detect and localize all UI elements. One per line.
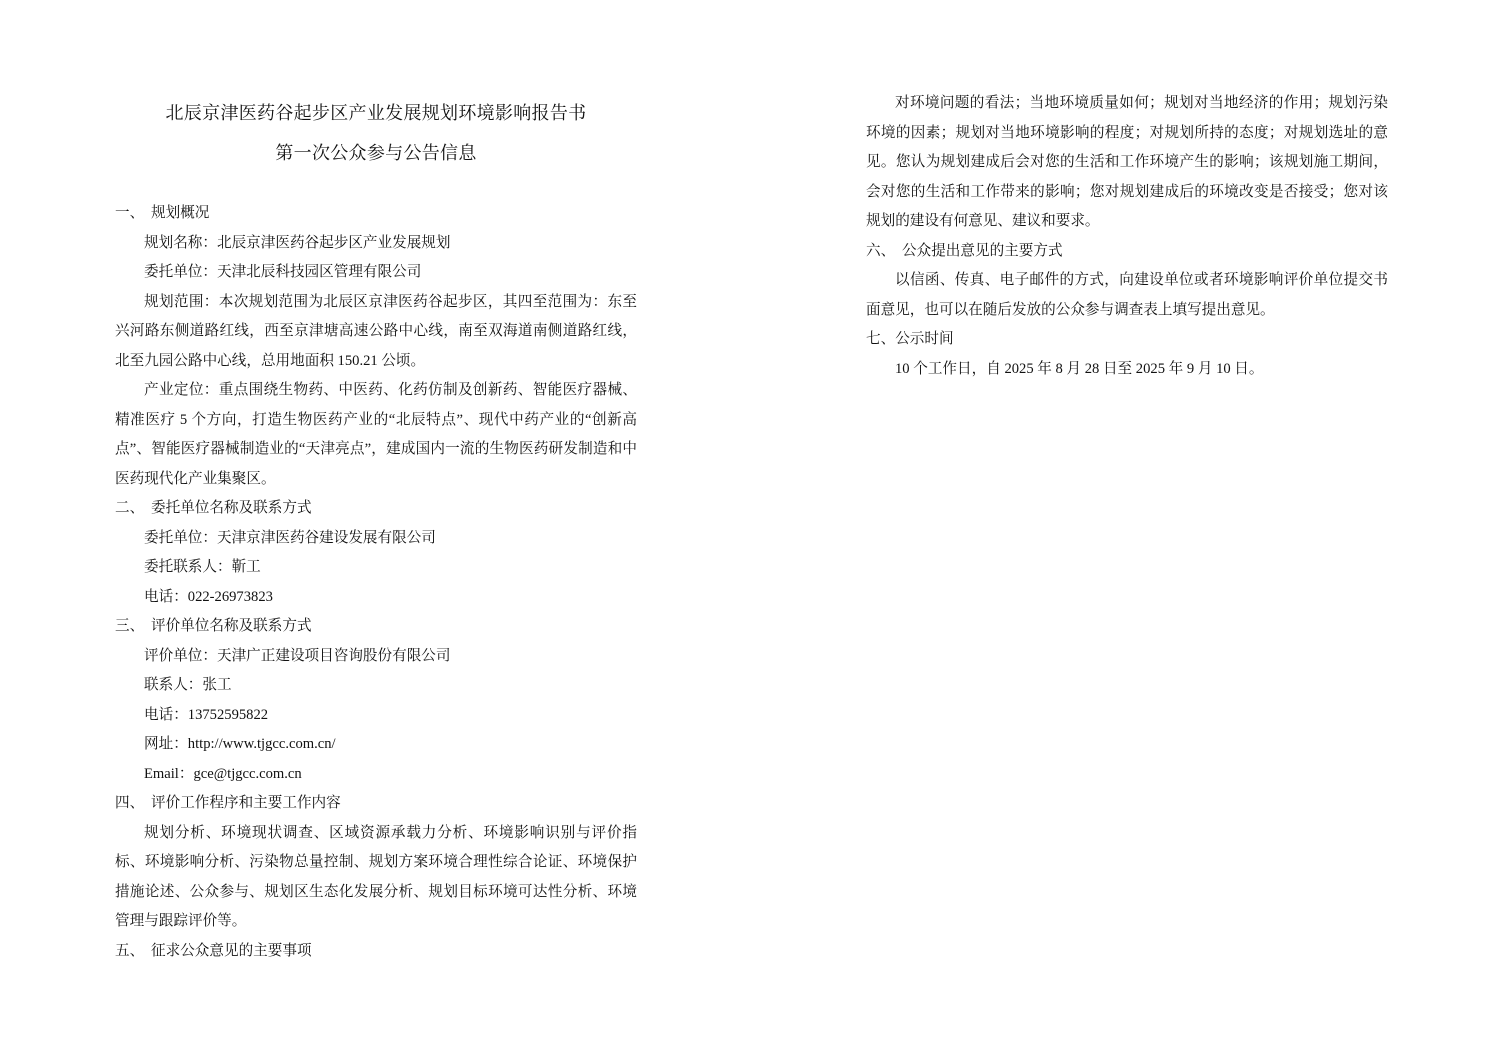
section-heading-4: 四、评价工作程序和主要工作内容: [115, 789, 637, 819]
evaluator-website: 网址：http://www.tjgcc.com.cn/: [115, 730, 637, 760]
section-title: 评价工作程序和主要工作内容: [151, 795, 341, 811]
section-title: 公众提出意见的主要方式: [902, 243, 1063, 259]
section-number: 五、: [115, 937, 151, 967]
section-title: 委托单位名称及联系方式: [151, 500, 312, 516]
announcement-period: 10 个工作日，自 2025 年 8 月 28 日至 2025 年 9 月 10…: [866, 355, 1388, 385]
client-phone: 电话：022-26973823: [115, 583, 637, 613]
left-page-content: 一、规划概况 规划名称：北辰京津医药谷起步区产业发展规划 委托单位：天津北辰科技…: [115, 199, 637, 966]
section-heading-2: 二、委托单位名称及联系方式: [115, 494, 637, 524]
section-heading-3: 三、评价单位名称及联系方式: [115, 612, 637, 642]
section-number: 二、: [115, 494, 151, 524]
section-number: 四、: [115, 789, 151, 819]
plan-scope: 规划范围：本次规划范围为北辰区京津医药谷起步区，其四至范围为：东至兴河路东侧道路…: [115, 288, 637, 377]
section-number: 三、: [115, 612, 151, 642]
client-contact: 委托联系人：靳工: [115, 553, 637, 583]
plan-name: 规划名称：北辰京津医药谷起步区产业发展规划: [115, 229, 637, 259]
plan-client: 委托单位：天津北辰科技园区管理有限公司: [115, 258, 637, 288]
feedback-methods: 以信函、传真、电子邮件的方式，向建设单位或者环境影响评价单位提交书面意见，也可以…: [866, 266, 1388, 325]
evaluator-phone: 电话：13752595822: [115, 701, 637, 731]
public-opinion-matters: 对环境问题的看法；当地环境质量如何；规划对当地经济的作用；规划污染环境的因素；规…: [866, 89, 1388, 237]
section-heading-1: 一、规划概况: [115, 199, 637, 229]
section-heading-7: 七、公示时间: [866, 325, 1388, 355]
section-heading-6: 六、公众提出意见的主要方式: [866, 237, 1388, 267]
section-title: 征求公众意见的主要事项: [151, 943, 312, 959]
section-title: 规划概况: [151, 205, 209, 221]
section-number: 一、: [115, 199, 151, 229]
section-number: 七、: [866, 325, 895, 355]
evaluator-email: Email：gce@tjgcc.com.cn: [115, 760, 637, 790]
client-unit: 委托单位：天津京津医药谷建设发展有限公司: [115, 524, 637, 554]
document-title: 北辰京津医药谷起步区产业发展规划环境影响报告书: [115, 99, 637, 125]
document-subtitle: 第一次公众参与公告信息: [115, 139, 637, 165]
section-heading-5: 五、征求公众意见的主要事项: [115, 937, 637, 967]
section-title: 公示时间: [895, 331, 953, 347]
evaluator-unit: 评价单位：天津广正建设项目咨询股份有限公司: [115, 642, 637, 672]
section-title: 评价单位名称及联系方式: [151, 618, 312, 634]
right-page-content: 对环境问题的看法；当地环境质量如何；规划对当地经济的作用；规划污染环境的因素；规…: [866, 89, 1388, 384]
section-number: 六、: [866, 237, 902, 267]
evaluator-contact: 联系人：张工: [115, 671, 637, 701]
work-content: 规划分析、环境现状调查、区域资源承载力分析、环境影响识别与评价指标、环境影响分析…: [115, 819, 637, 937]
industry-positioning: 产业定位：重点围绕生物药、中医药、化药仿制及创新药、智能医疗器械、精准医疗 5 …: [115, 376, 637, 494]
